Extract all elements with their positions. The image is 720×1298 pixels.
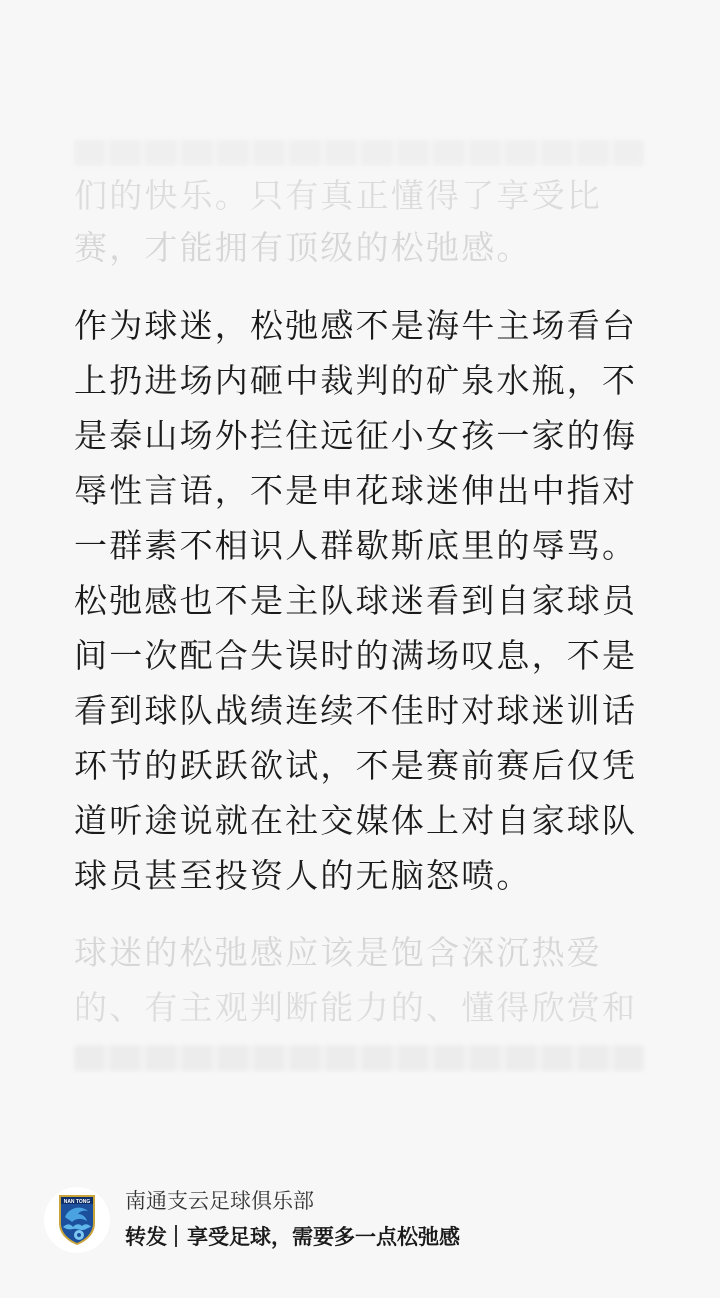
paragraph-line: 球员甚至投资人的无脑怒喷。 — [74, 856, 654, 896]
paragraph-line: 看到球队战绩连续不佳时对球迷训话 — [74, 691, 654, 731]
club-avatar[interactable]: NAN TONG — [44, 1187, 110, 1253]
paragraph-line: 间一次配合失误时的满场叹息，不是 — [74, 636, 654, 676]
paragraph-line: 一群素不相识人群歇斯底里的辱骂。 — [74, 526, 654, 566]
paragraph-line: 松弛感也不是主队球迷看到自家球员 — [74, 581, 654, 621]
shared-article-card[interactable]: NAN TONG 南通支云足球俱乐部 转发享受足球，需要多一点松弛感 — [44, 1187, 684, 1253]
faded-illegible-line-top — [74, 140, 644, 166]
faded-text-line: 赛，才能拥有顶级的松弛感。 — [74, 228, 654, 268]
faded-text-line: 们的快乐。只有真正懂得了享受比 — [74, 176, 654, 216]
svg-text:NAN TONG: NAN TONG — [64, 1199, 91, 1205]
account-name: 南通支云足球俱乐部 — [125, 1187, 314, 1215]
paragraph-line: 是泰山场外拦住远征小女孩一家的侮 — [74, 416, 654, 456]
share-prefix: 转发 — [125, 1225, 167, 1249]
paragraph-line: 道听途说就在社交媒体上对自家球队 — [74, 801, 654, 841]
paragraph-line: 作为球迷，松弛感不是海牛主场看台 — [74, 306, 654, 346]
paragraph-line: 辱性言语，不是申花球迷伸出中指对 — [74, 471, 654, 511]
paragraph-line: 环节的跃跃欲试，不是赛前赛后仅凭 — [74, 746, 654, 786]
club-logo-icon: NAN TONG — [57, 1193, 97, 1247]
faded-text-line: 球迷的松弛感应该是饱含深沉热爱 — [74, 933, 654, 973]
separator — [175, 1225, 177, 1247]
faded-illegible-line-bottom — [74, 1045, 644, 1071]
paragraph-line: 上扔进场内砸中裁判的矿泉水瓶，不 — [74, 361, 654, 401]
share-title[interactable]: 转发享受足球，需要多一点松弛感 — [125, 1223, 460, 1251]
article-title: 享受足球，需要多一点松弛感 — [187, 1225, 460, 1249]
faded-text-line: 的、有主观判断能力的、懂得欣赏和 — [74, 988, 654, 1028]
